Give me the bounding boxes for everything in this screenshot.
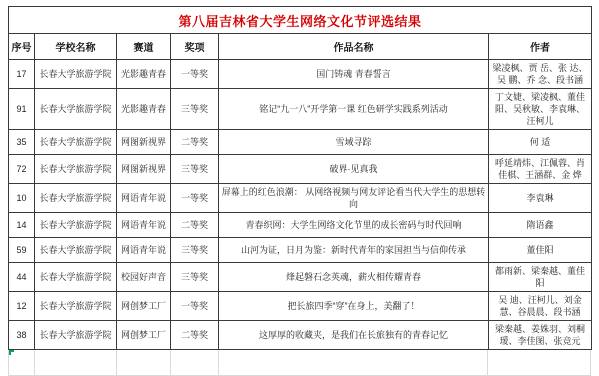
cell-authors: 都雨新、梁秦越、董佳阳 [489, 263, 592, 292]
table-row: 38长春大学旅游学院网创梦工厂二等奖这厚厚的收藏夹，是我们在长旅独有的青春记忆梁… [9, 321, 592, 350]
cell-award: 三等奖 [171, 263, 219, 292]
cell-authors: 吴 迪、汪柯儿、刘金慧、谷晨晨、段书涵 [489, 292, 592, 321]
cell-no: 38 [9, 321, 35, 350]
cell-track: 光影趣青春 [117, 89, 171, 130]
column-header: 作者 [489, 34, 592, 60]
cell-work: 屏幕上的红色浪潮： 从网络视频与网友评论看当代大学生的思想转向 [219, 184, 489, 213]
table-row: 35长春大学旅游学院网图新视界二等奖雪域寻踪何 适 [9, 130, 592, 155]
column-header: 奖项 [171, 34, 219, 60]
cell-track: 网图新视界 [117, 155, 171, 184]
cell-award: 一等奖 [171, 292, 219, 321]
cell-no: 44 [9, 263, 35, 292]
table-row: 14长春大学旅游学院网语青年说二等奖青春织网：大学生网络文化节里的成长密码与时代… [9, 213, 592, 238]
cell-authors: 何 适 [489, 130, 592, 155]
results-table: 第八届吉林省大学生网络文化节评选结果 序号学校名称赛道奖项作品名称作者 17长春… [8, 6, 592, 349]
cell-school: 长春大学旅游学院 [35, 213, 117, 238]
cell-award: 三等奖 [171, 89, 219, 130]
cell-award: 三等奖 [171, 155, 219, 184]
cell-school: 长春大学旅游学院 [35, 130, 117, 155]
table-row: 10长春大学旅游学院网语青年说一等奖屏幕上的红色浪潮： 从网络视频与网友评论看当… [9, 184, 592, 213]
header-row: 序号学校名称赛道奖项作品名称作者 [9, 34, 592, 60]
cell-authors: 呼延靖炜、江佩蓉、肖佳棋、王涵群、金 烨 [489, 155, 592, 184]
cell-work: 雪域寻踪 [219, 130, 489, 155]
page-title: 第八届吉林省大学生网络文化节评选结果 [9, 7, 592, 34]
cell-no: 72 [9, 155, 35, 184]
cell-award: 二等奖 [171, 213, 219, 238]
column-header: 作品名称 [219, 34, 489, 60]
cell-track: 网语青年说 [117, 184, 171, 213]
cell-work: 青春织网：大学生网络文化节里的成长密码与时代回响 [219, 213, 489, 238]
cell-school: 长春大学旅游学院 [35, 60, 117, 89]
table-row: 12长春大学旅游学院网创梦工厂一等奖把长旅四季“穿”在身上，美翻了！吴 迪、汪柯… [9, 292, 592, 321]
cell-no: 12 [9, 292, 35, 321]
spreadsheet-area: 第八届吉林省大学生网络文化节评选结果 序号学校名称赛道奖项作品名称作者 17长春… [8, 6, 591, 349]
cell-no: 14 [9, 213, 35, 238]
cell-no: 91 [9, 89, 35, 130]
cell-authors: 梁凌枫、贾 岳、张 达、吴 鹏、乔 念、段书涵 [489, 60, 592, 89]
cell-no: 17 [9, 60, 35, 89]
cell-no: 59 [9, 238, 35, 263]
cell-school: 长春大学旅游学院 [35, 184, 117, 213]
cell-award: 二等奖 [171, 130, 219, 155]
cell-award: 二等奖 [171, 321, 219, 350]
cell-work: 这厚厚的收藏夹，是我们在长旅独有的青春记忆 [219, 321, 489, 350]
cell-no: 35 [9, 130, 35, 155]
cell-authors: 丁文婕、梁凌枫、董佳阳、吴秋敏、李袁琳、汪柯儿 [489, 89, 592, 130]
cell-work: 铭记“九一八”开学第一课 红色研学实践系列活动 [219, 89, 489, 130]
column-header: 赛道 [117, 34, 171, 60]
cell-track: 网创梦工厂 [117, 292, 171, 321]
column-header: 序号 [9, 34, 35, 60]
cell-work: 烽起磐石念英魂，薪火相传耀青春 [219, 263, 489, 292]
cell-work: 国门铸魂 青春誓言 [219, 60, 489, 89]
cell-school: 长春大学旅游学院 [35, 238, 117, 263]
cell-school: 长春大学旅游学院 [35, 155, 117, 184]
cell-award: 一等奖 [171, 60, 219, 89]
cell-track: 网创梦工厂 [117, 321, 171, 350]
cell-authors: 隋语鑫 [489, 213, 592, 238]
table-row: 59长春大学旅游学院网语青年说三等奖山河为证，日月为鉴：新时代青年的家国担当与信… [9, 238, 592, 263]
cell-track: 网语青年说 [117, 213, 171, 238]
cell-track: 光影趣青春 [117, 60, 171, 89]
cell-school: 长春大学旅游学院 [35, 89, 117, 130]
cell-award: 三等奖 [171, 238, 219, 263]
title-row: 第八届吉林省大学生网络文化节评选结果 [9, 7, 592, 34]
cell-school: 长春大学旅游学院 [35, 263, 117, 292]
cell-authors: 梁秦越、姜姝羽、刘桐瑷、李佳图、张竞元 [489, 321, 592, 350]
cell-track: 网语青年说 [117, 238, 171, 263]
cell-no: 10 [9, 184, 35, 213]
table-row: 72长春大学旅游学院网图新视界三等奖破界·见真我呼延靖炜、江佩蓉、肖佳棋、王涵群… [9, 155, 592, 184]
cell-track: 校园好声音 [117, 263, 171, 292]
cell-authors: 董佳阳 [489, 238, 592, 263]
column-header: 学校名称 [35, 34, 117, 60]
cell-school: 长春大学旅游学院 [35, 321, 117, 350]
cell-track: 网图新视界 [117, 130, 171, 155]
cell-authors: 李袁琳 [489, 184, 592, 213]
cell-school: 长春大学旅游学院 [35, 292, 117, 321]
cell-work: 山河为证，日月为鉴：新时代青年的家国担当与信仰传承 [219, 238, 489, 263]
table-row: 17长春大学旅游学院光影趣青春一等奖国门铸魂 青春誓言梁凌枫、贾 岳、张 达、吴… [9, 60, 592, 89]
cell-work: 破界·见真我 [219, 155, 489, 184]
table-row: 44长春大学旅游学院校园好声音三等奖烽起磐石念英魂，薪火相传耀青春都雨新、梁秦越… [9, 263, 592, 292]
table-row: 91长春大学旅游学院光影趣青春三等奖铭记“九一八”开学第一课 红色研学实践系列活… [9, 89, 592, 130]
cell-work: 把长旅四季“穿”在身上，美翻了！ [219, 292, 489, 321]
cell-award: 一等奖 [171, 184, 219, 213]
